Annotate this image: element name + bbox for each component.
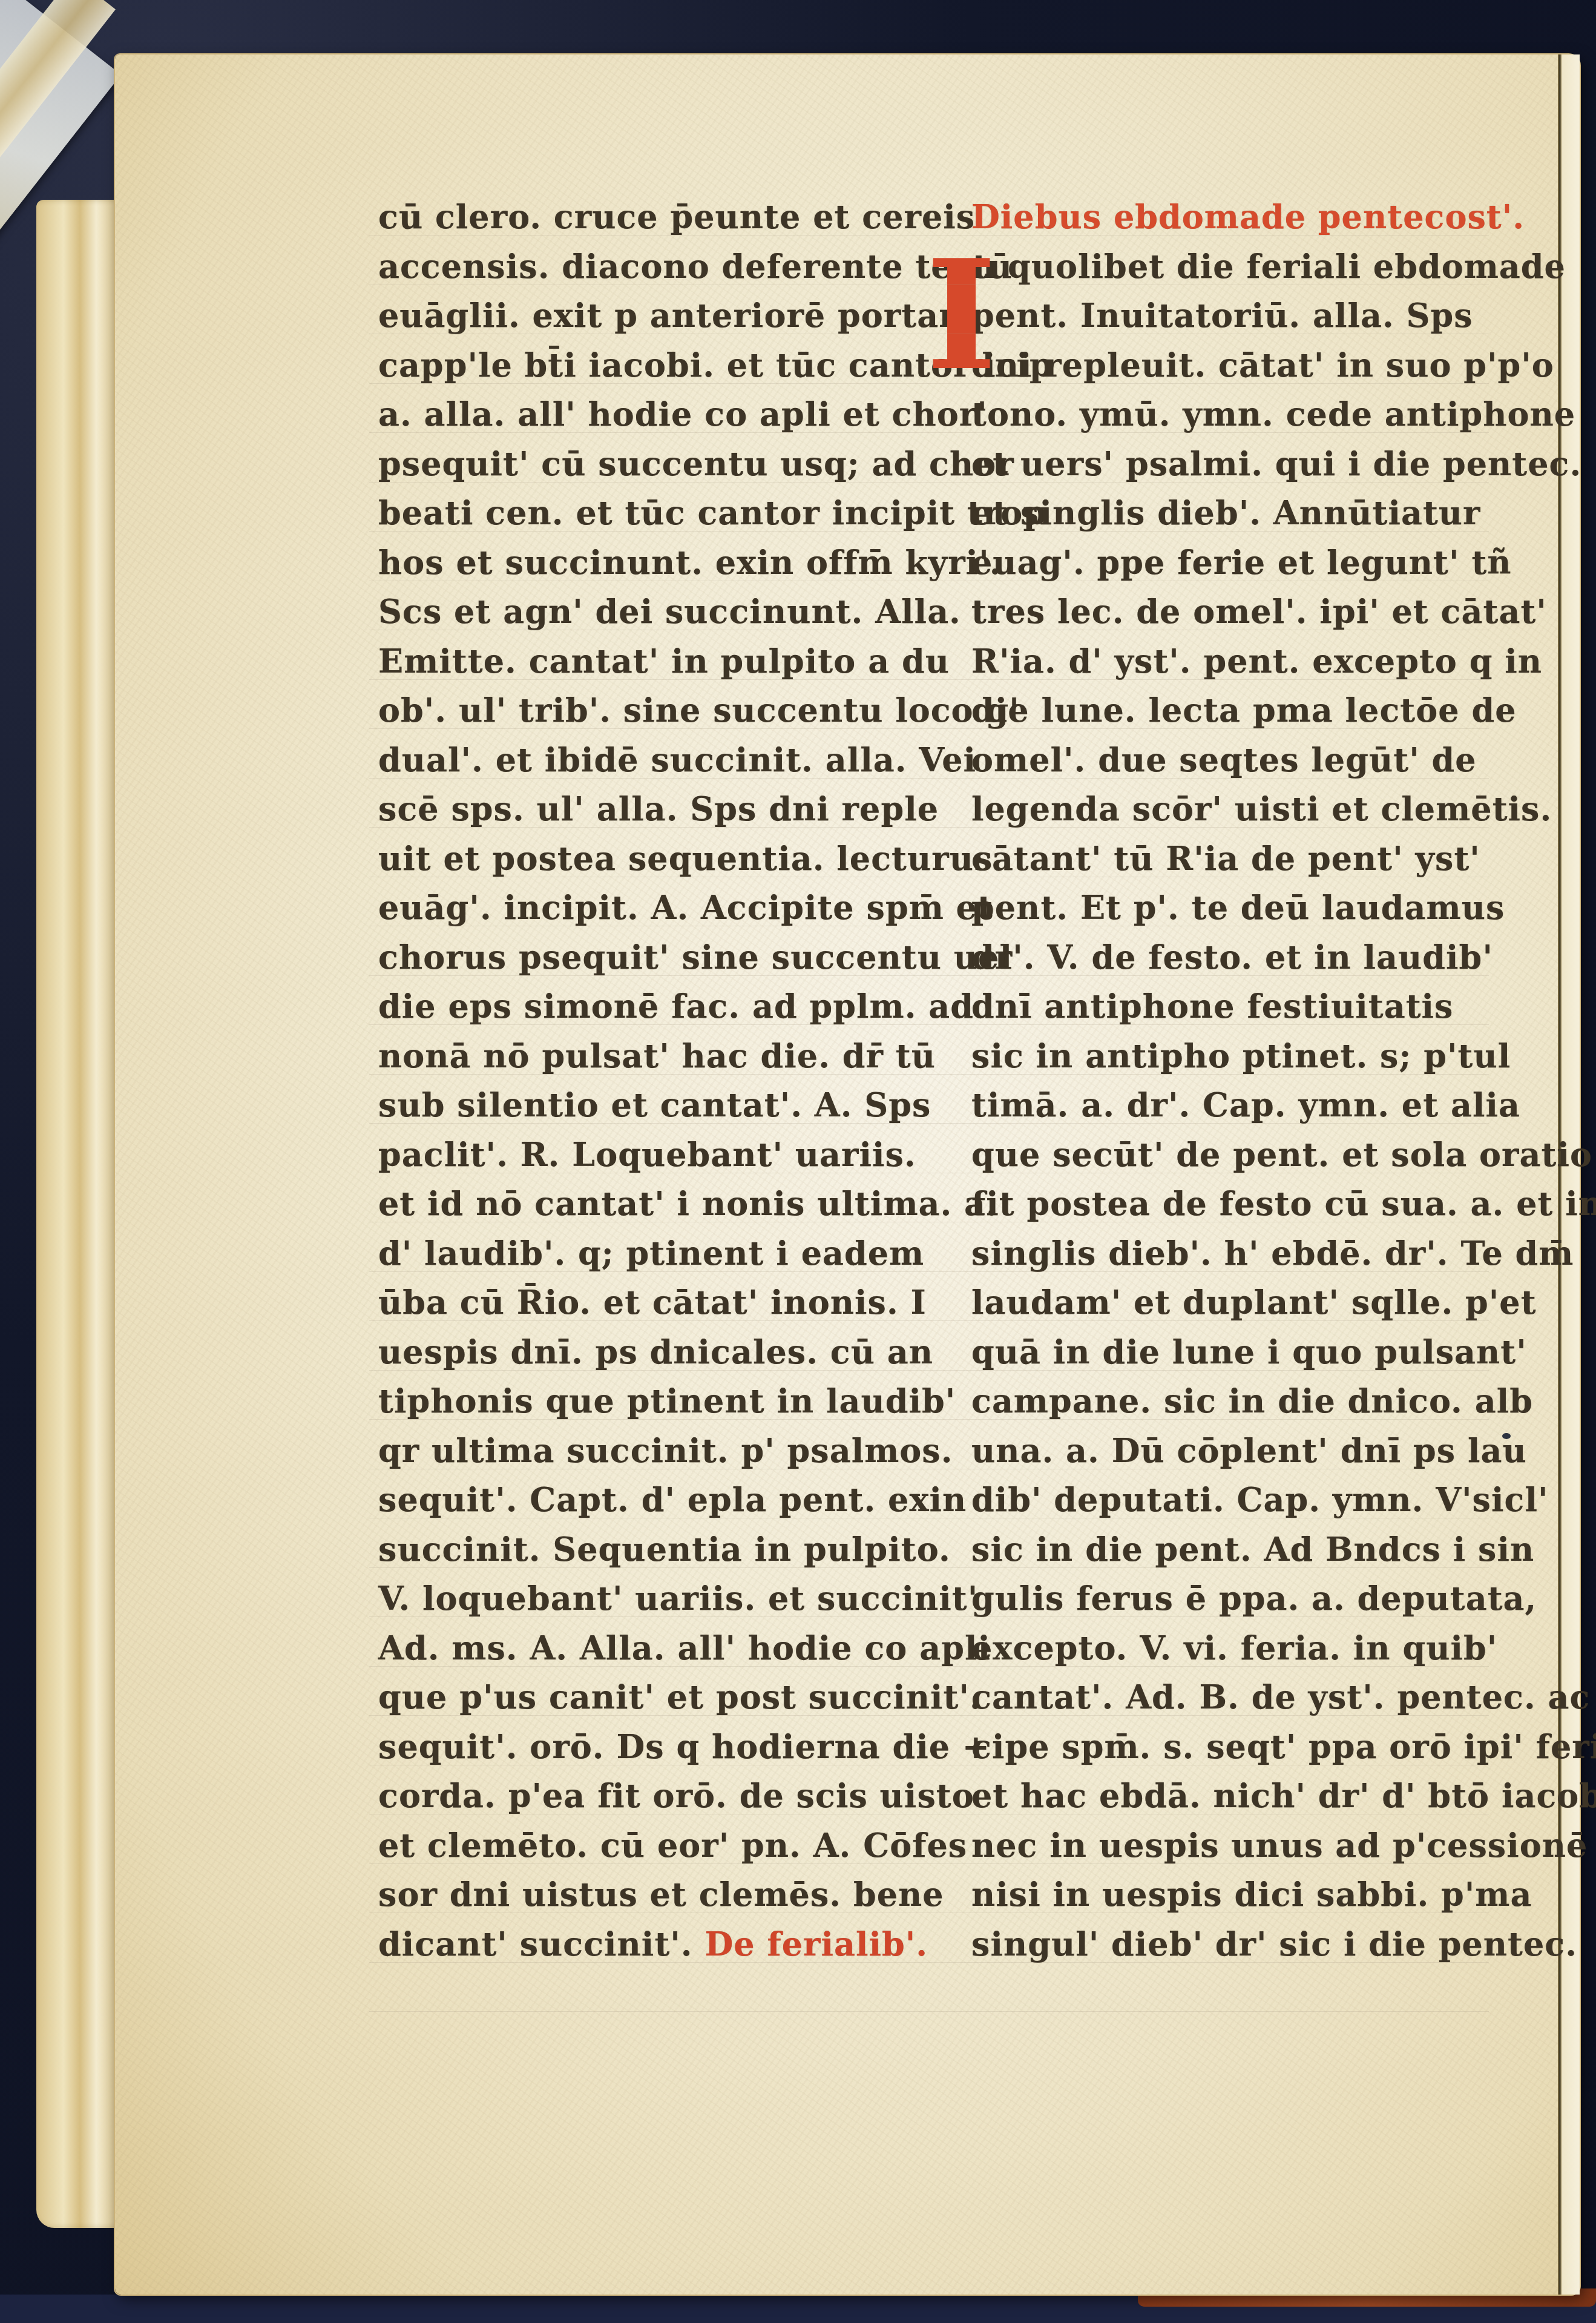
ruling-line — [369, 1518, 1489, 1518]
ruling-line — [369, 482, 1489, 483]
ruling-line — [369, 877, 1489, 877]
ruling-line — [369, 432, 1489, 433]
ruling-line — [369, 827, 1489, 828]
ruling-line — [369, 975, 1489, 976]
ruling-line — [369, 1616, 1489, 1617]
ruling-line — [369, 778, 1489, 779]
ruling-line — [369, 383, 1489, 384]
ruling-line — [369, 1765, 1489, 1765]
ruling-line — [369, 630, 1489, 630]
ruling-line — [369, 679, 1489, 680]
ruling-line — [369, 531, 1489, 532]
ruling-line — [369, 1715, 1489, 1716]
manuscript-line-text: dicant' succinit'. — [378, 1925, 693, 1963]
left-text-column: cū clero. cruce p̄eunte et cereisaccensi… — [378, 193, 926, 1969]
ruling-line — [369, 1074, 1489, 1075]
red-initial-letter: I — [926, 239, 997, 390]
ruling-line — [369, 1469, 1489, 1469]
ruling-line — [369, 285, 1489, 285]
ruling-line — [369, 235, 1489, 236]
ruling-line — [369, 1173, 1489, 1173]
ruling-line — [369, 1222, 1489, 1222]
ruling-line — [369, 1024, 1489, 1025]
ruling-line — [369, 1863, 1489, 1864]
ruling-line — [369, 1271, 1489, 1272]
ruling-line — [369, 581, 1489, 581]
ruling-line — [369, 334, 1489, 334]
ruling-line — [369, 1814, 1489, 1814]
ruling-line — [369, 1962, 1489, 1963]
ruling-line — [369, 926, 1489, 926]
ruling-line — [369, 1666, 1489, 1667]
ruling-line — [369, 1913, 1489, 1913]
ruling-line — [369, 728, 1489, 729]
ruling-line — [369, 1567, 1489, 1568]
ruling-line — [369, 1370, 1489, 1371]
right-text-column: Diebus ebdomade pentecost'. n quolibet d… — [971, 193, 1480, 1969]
ruling-line — [369, 1419, 1489, 1420]
rubric-closing: De ferialib'. — [704, 1925, 928, 1963]
ruling-line — [369, 1320, 1489, 1321]
ruling-line — [369, 2011, 1489, 2012]
ruling-line — [369, 1123, 1489, 1124]
